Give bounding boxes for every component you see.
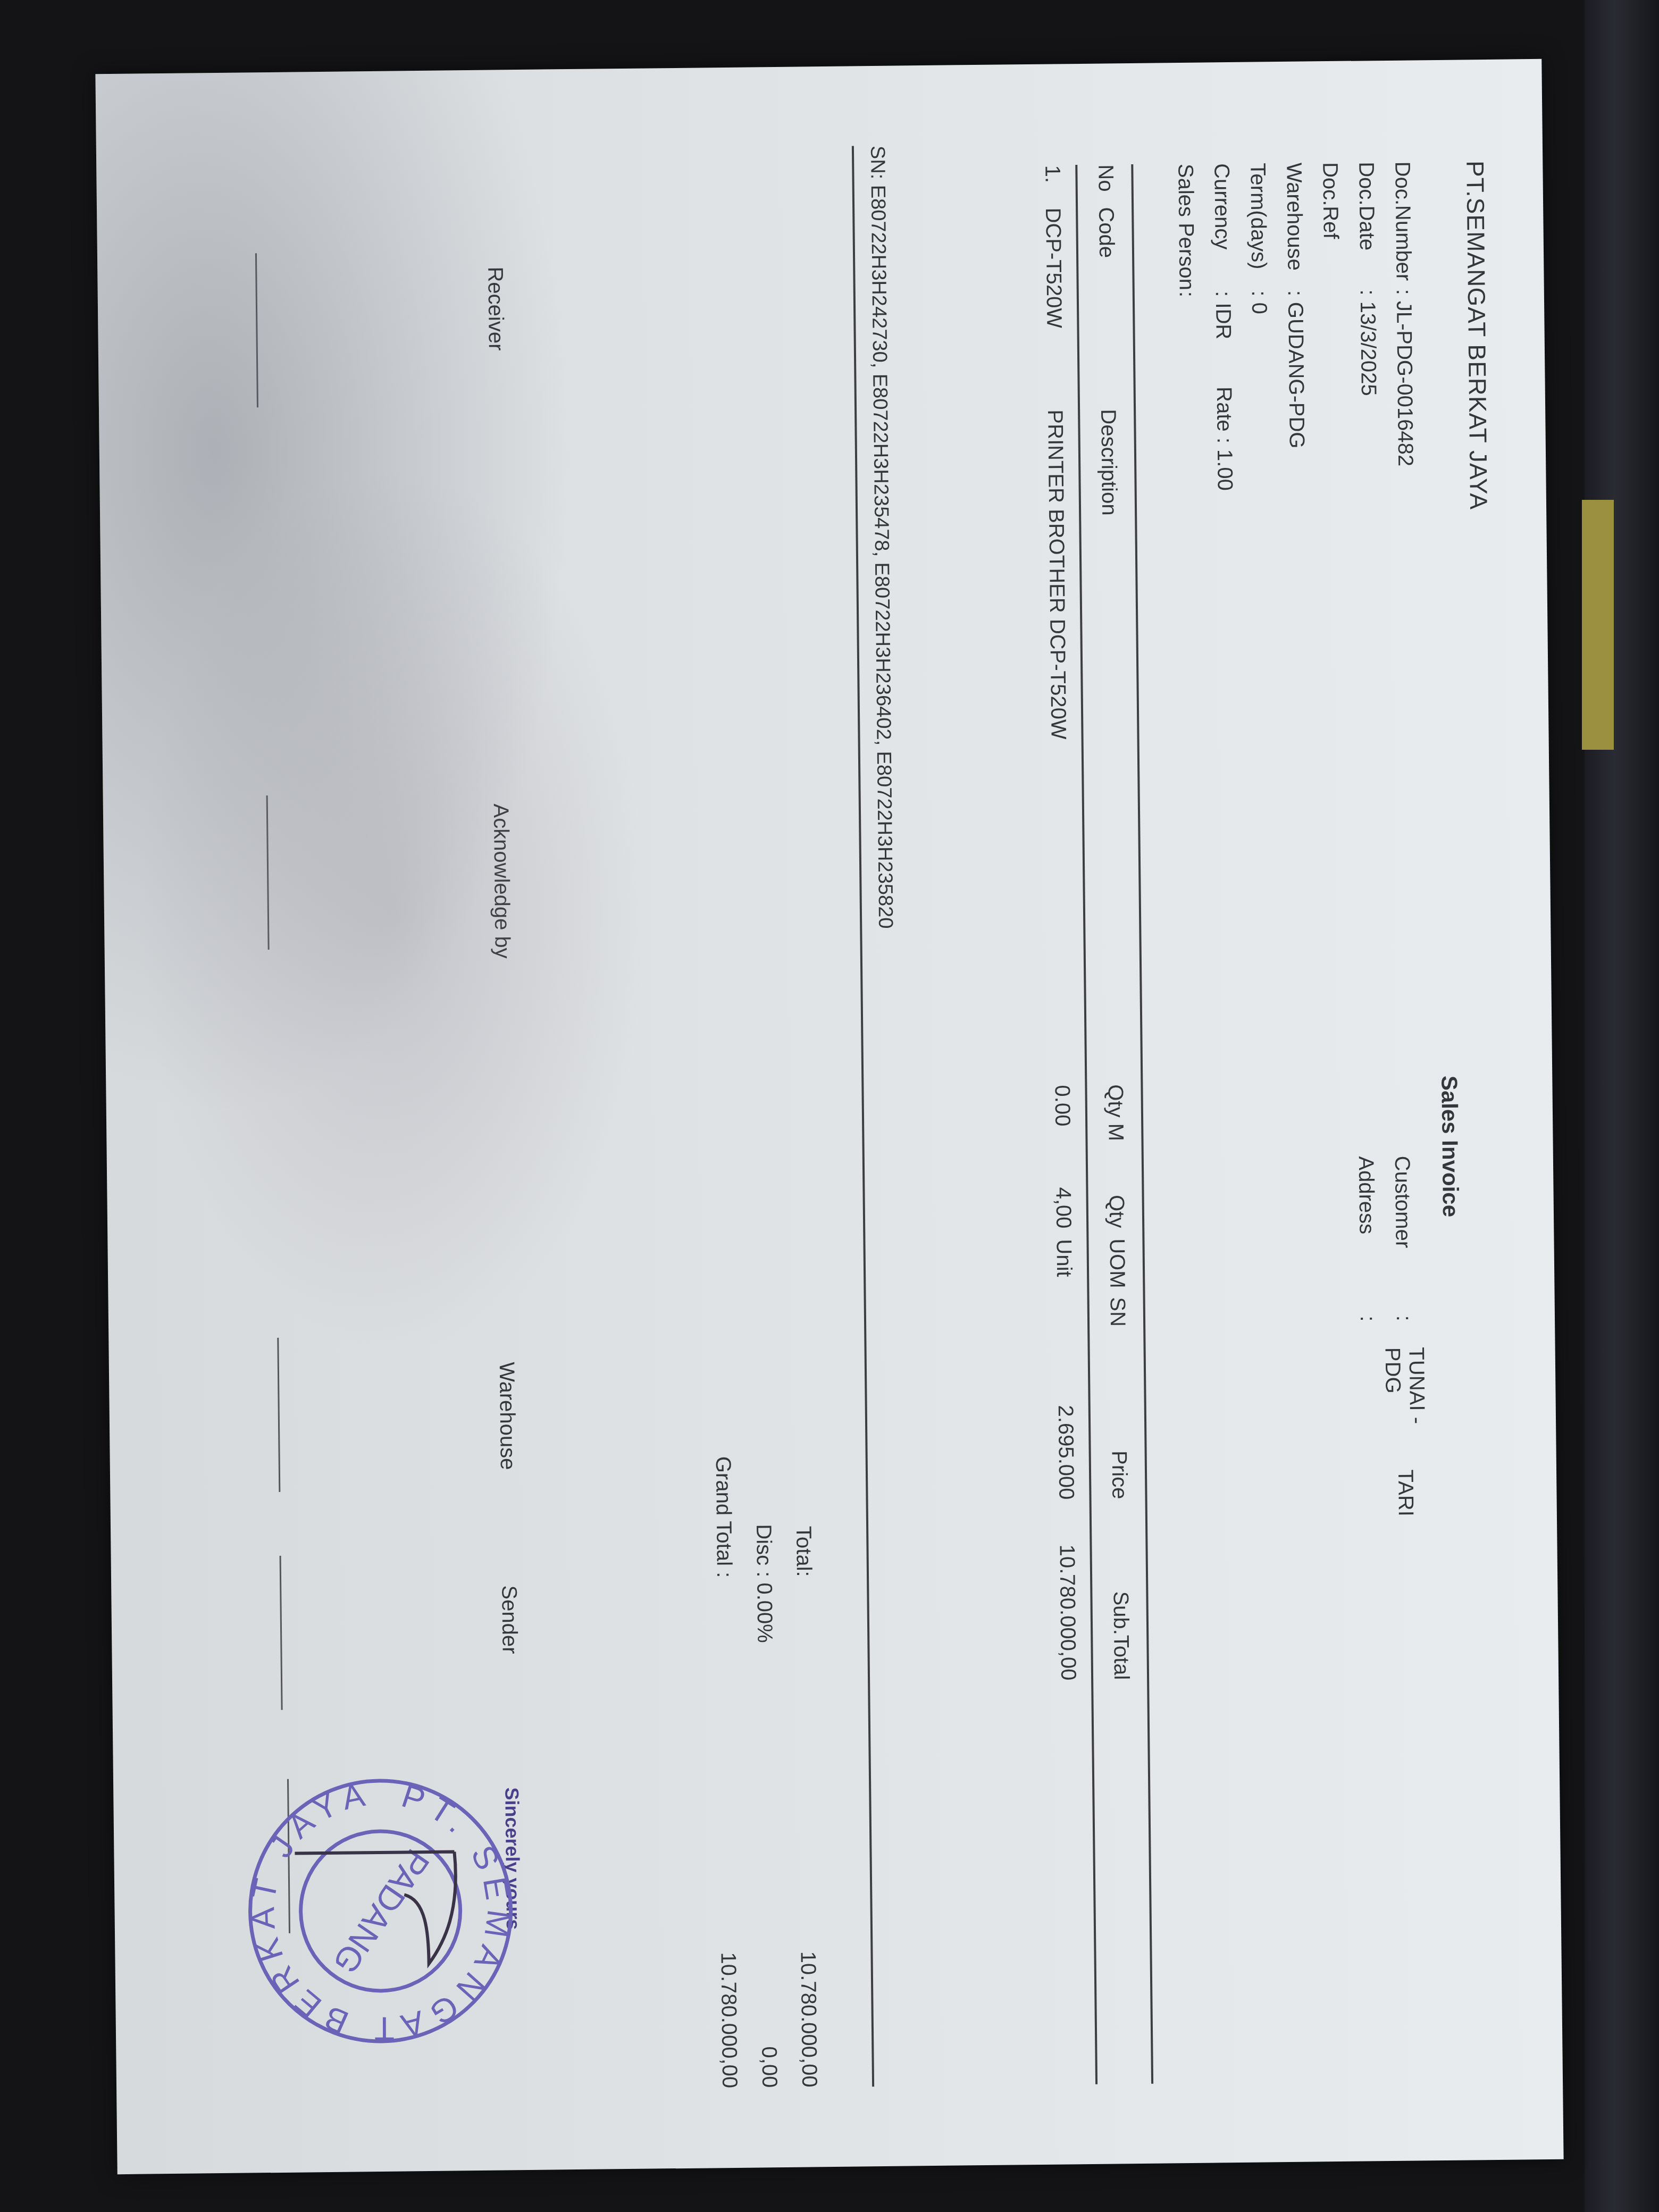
acknowledge-signature-line xyxy=(266,795,270,950)
warehouse-label: Warehouse xyxy=(495,1362,520,1470)
receiver-signature-line xyxy=(255,253,258,407)
exchange-rate: Rate : 1.00 xyxy=(1212,387,1237,491)
meta-term: Term(days): 0 xyxy=(1239,163,1280,631)
company-stamp-icon: PT. SEMANGAT BERKAT JAYA ★ PADANG xyxy=(241,1771,520,2050)
acknowledge-label: Acknowledge by xyxy=(489,803,514,959)
meta-doc-number: Doc.Number: JL-PDG-0016482 xyxy=(1384,161,1425,630)
totals-block: Total:10.780.000,00 Disc :0.00%0,00 Gran… xyxy=(703,1449,829,2088)
invoice-paper: PT.SEMANGAT BERKAT JAYA Sales Invoice Do… xyxy=(95,59,1563,2174)
meta-currency: Currency: IDRRate : 1.00 xyxy=(1203,163,1244,632)
meta-sales-person: Sales Person: xyxy=(1167,164,1208,632)
meta-warehouse: Warehouse: GUDANG-PDG xyxy=(1276,162,1317,631)
receiver-label: Receiver xyxy=(483,266,508,350)
company-name: PT.SEMANGAT BERKAT JAYA xyxy=(1461,161,1493,510)
customer-label: Customer xyxy=(1390,1155,1415,1315)
meta-doc-date: Doc.Date: 13/3/2025 xyxy=(1348,162,1389,630)
meta-doc-ref: Doc.Ref xyxy=(1312,162,1353,631)
grand-total-row: Grand Total :10.780.000,00 xyxy=(703,1450,750,2089)
document-title: Sales Invoice xyxy=(1436,1076,1463,1218)
table-header: No Code Description Qty M Qty UOM SN Pri… xyxy=(1093,164,1137,2084)
sender-label: Sender xyxy=(497,1585,521,1654)
sender-signature-line xyxy=(280,1556,283,1710)
address-label: Address xyxy=(1354,1156,1379,1316)
total-row: Total:10.780.000,00 xyxy=(783,1449,829,2088)
document-meta: Doc.Number: JL-PDG-0016482 Doc.Date: 13/… xyxy=(1167,161,1425,632)
customer-contact: TARI xyxy=(1394,1469,1418,1516)
customer-value: TUNAI - PDG xyxy=(1380,1347,1429,1470)
serial-numbers: SN: E80722H3H242730, E80722H3H235478, E8… xyxy=(866,146,896,929)
customer-block: Customer:TUNAI - PDGTARI Address: xyxy=(1348,1155,1424,1517)
discount-row: Disc :0.00%0,00 xyxy=(743,1449,790,2088)
table-row: 1. DCP-T520W PRINTER BROTHER DCP-T520W 0… xyxy=(1040,165,1084,2084)
warehouse-signature-line xyxy=(277,1338,280,1492)
table-top-rule xyxy=(1131,164,1153,2084)
